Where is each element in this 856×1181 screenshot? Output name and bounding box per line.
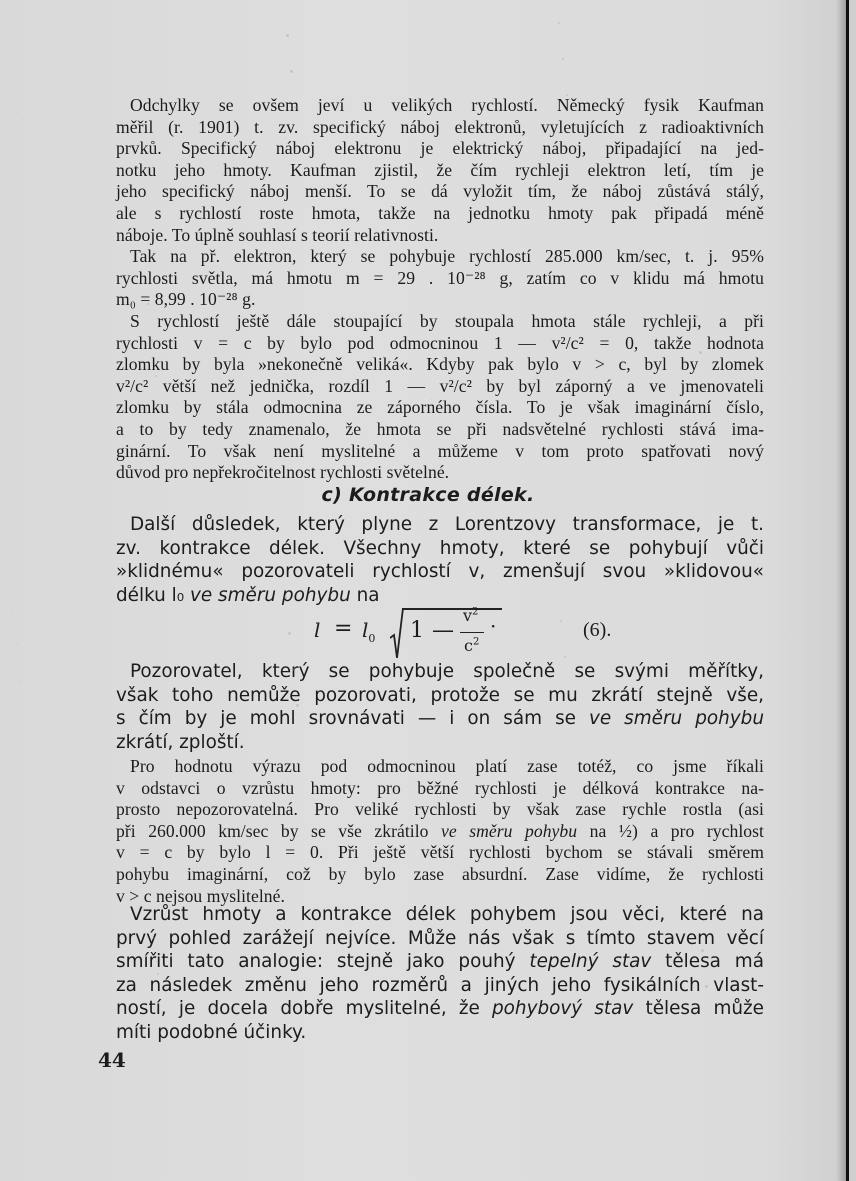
formula-denominator-exp: 2 bbox=[473, 637, 479, 648]
text-line: smířiti tato analogie: stejně jako pouhý… bbox=[116, 950, 764, 974]
paper-speck bbox=[12, 608, 13, 609]
fraction-bar bbox=[460, 632, 484, 633]
formula-numerator-exp: 2 bbox=[472, 607, 478, 618]
section-heading-text: c) Kontrakce délek. bbox=[322, 484, 535, 506]
text-line: prvků. Specifický náboj elektronu je ele… bbox=[116, 138, 764, 160]
formula-numerator-base: v bbox=[463, 606, 472, 625]
text-line: v = c by bylo l = 0. Při ještě větší ryc… bbox=[116, 842, 764, 864]
text-line: náboje. To úplně souhlasí s teorií relat… bbox=[116, 225, 764, 247]
text-block-length-contraction-intro: Další důsledek, který plyne z Lorentzovy… bbox=[116, 513, 764, 607]
paragraph: Odchylky se ovšem jeví u velikých rychlo… bbox=[116, 95, 764, 246]
paper-speck bbox=[558, 22, 560, 24]
formula-denominator: c2 bbox=[464, 636, 479, 655]
paper-speck bbox=[695, 315, 698, 318]
formula-denominator-base: c bbox=[464, 636, 473, 655]
page-edge-strip bbox=[849, 0, 856, 1181]
paper-speck bbox=[288, 632, 291, 635]
text-line: prosto nepozorovatelná. Pro veliké rychl… bbox=[116, 799, 764, 821]
text-line: rychlosti v = c by bylo pod odmocninou 1… bbox=[116, 333, 764, 355]
paper-speck bbox=[155, 375, 157, 377]
text-line: Pro hodnotu výrazu pod odmocninou platí … bbox=[116, 756, 764, 778]
text-line: Pozorovatel, který se pohybuje společně … bbox=[116, 660, 764, 684]
paper-speck bbox=[701, 949, 704, 952]
text-line: ností, je docela dobře myslitelné, že po… bbox=[116, 997, 764, 1021]
text-line: »klidnému« pozorovateli rychlostí v, zme… bbox=[116, 560, 764, 584]
text-line: ale s rychlostí roste hmota, takže na je… bbox=[116, 203, 764, 225]
paper-speck bbox=[423, 327, 424, 328]
paper-speck bbox=[159, 411, 161, 413]
text-line: zlomku by byla »nekonečně veliká«. Kdyby… bbox=[116, 354, 764, 376]
formula-lhs: l bbox=[314, 618, 320, 642]
text-line: však toho nemůže pozorovati, protože se … bbox=[116, 684, 764, 708]
text-line: rychlosti světla, má hmotu m = 29 . 10⁻²… bbox=[116, 268, 764, 290]
square-root-icon bbox=[390, 608, 404, 658]
page-number: 44 bbox=[98, 1048, 126, 1072]
text-line: Odchylky se ovšem jeví u velikých rychlo… bbox=[116, 95, 764, 117]
paper-speck bbox=[562, 58, 564, 60]
text-line: zv. kontrakce délek. Všechny hmoty, kter… bbox=[116, 537, 764, 561]
text-line: Další důsledek, který plyne z Lorentzovy… bbox=[116, 513, 764, 537]
paper-speck bbox=[290, 70, 293, 73]
paper-speck bbox=[296, 704, 299, 707]
paragraph: Další důsledek, který plyne z Lorentzovy… bbox=[116, 513, 764, 607]
paragraph: Pozorovatel, který se pohybuje společně … bbox=[116, 660, 764, 754]
paper-speck bbox=[697, 913, 700, 916]
text-line: s čím by je mohl srovnávati — i on sám s… bbox=[116, 707, 764, 731]
text-line: Vzrůst hmoty a kontrakce délek pohybem j… bbox=[116, 903, 764, 927]
text-line: zlomku by stála odmocnina ze záporného č… bbox=[116, 397, 764, 419]
paper-speck bbox=[703, 387, 706, 390]
text-block-observer: Pozorovatel, který se pohybuje společně … bbox=[116, 660, 764, 754]
equation-number: (6). bbox=[583, 619, 611, 642]
paper-speck bbox=[149, 901, 151, 903]
text-line: Tak na př. elektron, který se pohybuje r… bbox=[116, 246, 764, 268]
text-line: ginární. To však není myslitelné a můžem… bbox=[116, 441, 764, 463]
paper-speck bbox=[157, 973, 159, 975]
paper-speck bbox=[151, 339, 153, 341]
text-block-analogy: Vzrůst hmoty a kontrakce délek pohybem j… bbox=[116, 903, 764, 1044]
paragraph: Vzrůst hmoty a kontrakce délek pohybem j… bbox=[116, 903, 764, 1044]
text-line: míti podobné účinky. bbox=[116, 1021, 764, 1045]
paper-speck bbox=[292, 668, 295, 671]
paper-speck bbox=[10, 10, 11, 11]
formula-length-contraction: l = l0 1 — v2 c2 · (6). bbox=[310, 604, 670, 664]
text-line: při 260.000 km/sec by se vše zkrátilo ve… bbox=[116, 821, 764, 843]
paper-speck bbox=[18, 82, 19, 83]
formula-minus: — bbox=[432, 618, 454, 643]
paper-speck bbox=[433, 997, 434, 998]
paragraph: Pro hodnotu výrazu pod odmocninou platí … bbox=[116, 756, 764, 907]
text-line: měřil (r. 1901) t. zv. specifický náboj … bbox=[116, 117, 764, 139]
paper-speck bbox=[294, 106, 297, 109]
paragraph: S rychlostí ještě dále stoupající by sto… bbox=[116, 311, 764, 484]
text-line: prvý pohled zarážejí nejvíce. Může nás v… bbox=[116, 927, 764, 951]
formula-dot: · bbox=[490, 614, 496, 638]
text-line: S rychlostí ještě dále stoupající by sto… bbox=[116, 311, 764, 333]
text-line: a to by tedy znamenalo, že hmota se při … bbox=[116, 419, 764, 441]
paper-speck bbox=[284, 596, 287, 599]
paper-speck bbox=[20, 680, 21, 681]
paper-speck bbox=[568, 692, 570, 694]
text-line: pohybu imaginární, což by bylo zase absu… bbox=[116, 864, 764, 886]
formula-equals: = bbox=[334, 616, 352, 641]
paper-speck bbox=[427, 363, 428, 364]
formula-numerator: v2 bbox=[463, 606, 478, 625]
paper-speck bbox=[699, 351, 702, 354]
formula-one: 1 bbox=[410, 618, 424, 643]
text-block-mass-increase: Odchylky se ovšem jeví u velikých rychlo… bbox=[116, 95, 764, 484]
section-heading: c) Kontrakce délek. bbox=[0, 484, 856, 506]
paper-speck bbox=[429, 961, 430, 962]
paper-speck bbox=[705, 985, 708, 988]
paper-speck bbox=[14, 46, 15, 47]
text-line: notku jeho hmoty. Kaufman zjistil, že čí… bbox=[116, 160, 764, 182]
paper-speck bbox=[431, 399, 432, 400]
formula-l0-sub: 0 bbox=[368, 632, 375, 645]
text-line: v²/c² větší než jednička, rozdíl 1 — v²/… bbox=[116, 376, 764, 398]
paragraph: Tak na př. elektron, který se pohybuje r… bbox=[116, 246, 764, 311]
text-line: v odstavci o vzrůstu hmoty: pro běžné ry… bbox=[116, 778, 764, 800]
paper-speck bbox=[22, 118, 23, 119]
paper-speck bbox=[564, 656, 566, 658]
paper-speck bbox=[421, 889, 422, 890]
paper-speck bbox=[286, 34, 289, 37]
paper-speck bbox=[16, 644, 17, 645]
paper-speck bbox=[425, 925, 426, 926]
paper-speck bbox=[147, 303, 149, 305]
paper-speck bbox=[566, 94, 568, 96]
text-line: důvod pro nepřekročitelnost rychlosti sv… bbox=[116, 462, 764, 484]
formula-l0: l0 bbox=[362, 618, 375, 645]
text-line: zkrátí, zploští. bbox=[116, 731, 764, 755]
radical-bar bbox=[402, 608, 502, 610]
paper-speck bbox=[153, 937, 155, 939]
paper-speck bbox=[560, 620, 562, 622]
text-block-root-value: Pro hodnotu výrazu pod odmocninou platí … bbox=[116, 756, 764, 907]
text-line: jeho specifický náboj menší. To se dá vy… bbox=[116, 181, 764, 203]
text-line: m₀ = 8,99 . 10⁻²⁸ g. bbox=[116, 289, 764, 311]
text-line: za následek změnu jeho rozměrů a jiných … bbox=[116, 974, 764, 998]
